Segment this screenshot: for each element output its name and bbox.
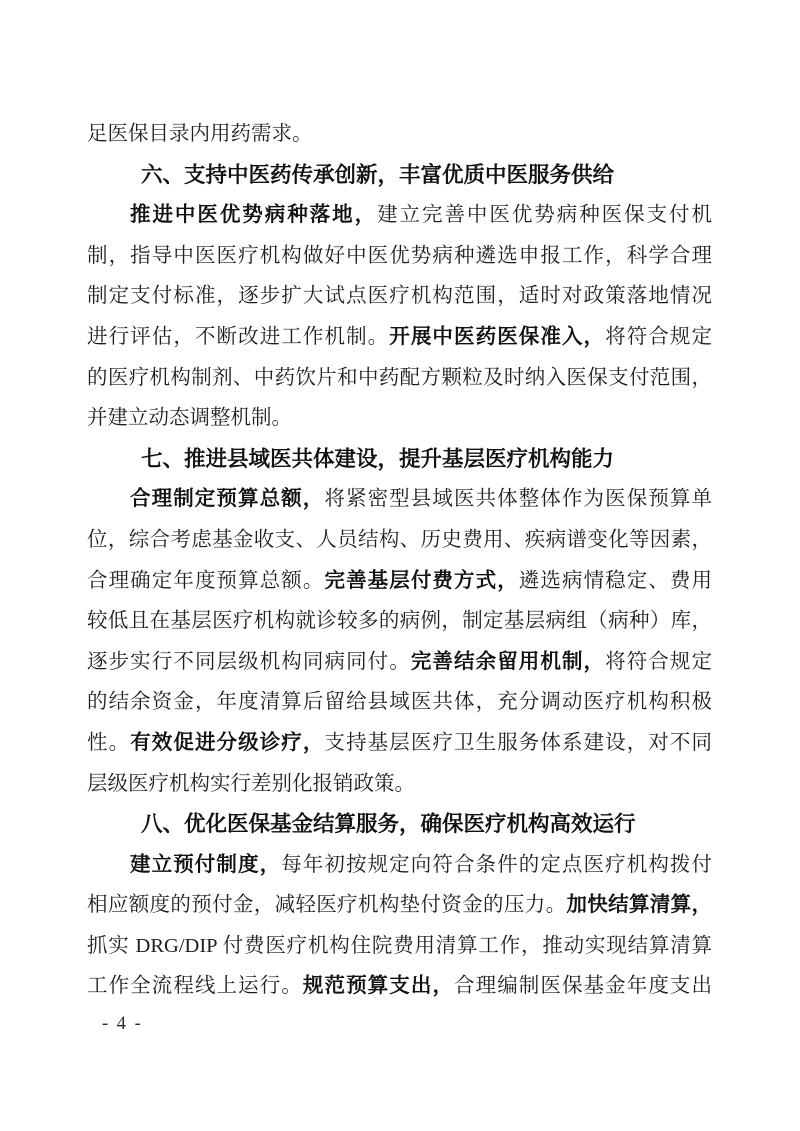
text-segment: 进行评估，不断改进工作机制。 [87,326,389,348]
text-segment: 将符合规定 [605,651,712,673]
text-line: 逐步实行不同层级机构同病同付。完善结余留用机制，将符合规定 [87,642,712,683]
text-segment: 遴选病情稳定、费用 [519,570,712,592]
text-line: 的医疗机构制剂、中药饮片和中药配方颗粒及时纳入医保支付范围， [87,358,712,399]
bold-text-segment: 推进中医优势病种落地， [130,203,377,226]
text-line: 抓实 DRG/DIP 付费医疗机构住院费用清算工作，推动实现结算清算 [87,926,712,967]
text-segment: 将符合规定 [605,326,712,348]
heading-line: 六、支持中医药传承创新，丰富优质中医服务供给 [87,155,712,196]
bold-text-segment: 八、优化医保基金结算服务，确保医疗机构高效运行 [141,812,636,836]
bold-text-segment: 建立预付制度， [130,853,281,876]
text-segment: 制定支付标准，逐步扩大试点医疗机构范围，适时对政策落地情况 [87,285,712,307]
text-segment: 较低且在基层医疗机构就诊较多的病例，制定基层病组（病种）库， [87,610,712,632]
text-line: 足医保目录内用药需求。 [87,114,712,155]
text-line: 层级医疗机构实行差别化报销政策。 [87,764,712,805]
text-segment: 的结余资金，年度清算后留给县域医共体，充分调动医疗机构积极 [87,691,712,713]
document-page: 足医保目录内用药需求。六、支持中医药传承创新，丰富优质中医服务供给推进中医优势病… [0,0,800,1131]
text-line: 性。有效促进分级诊疗，支持基层医疗卫生服务体系建设，对不同 [87,723,712,764]
bold-text-segment: 六、支持中医药传承创新，丰富优质中医服务供给 [141,163,614,187]
text-line: 合理制定预算总额，将紧密型县域医共体整体作为医保预算单 [87,479,712,520]
text-segment: 合理编制医保基金年度支出 [454,975,712,997]
bold-text-segment: 七、推进县域医共体建设，提升基层医疗机构能力 [141,447,614,471]
bold-text-segment: 合理制定预算总额， [130,487,324,510]
heading-line: 七、推进县域医共体建设，提升基层医疗机构能力 [87,439,712,480]
bold-text-segment: 完善结余留用机制， [411,650,605,673]
text-segment: 合理确定年度预算总额。 [87,570,324,592]
text-line: 合理确定年度预算总额。完善基层付费方式，遴选病情稳定、费用 [87,561,712,602]
document-content: 足医保目录内用药需求。六、支持中医药传承创新，丰富优质中医服务供给推进中医优势病… [87,114,712,1007]
heading-line: 八、优化医保基金结算服务，确保医疗机构高效运行 [87,804,712,845]
bold-text-segment: 完善基层付费方式， [324,569,518,592]
text-segment: 建立完善中医优势病种医保支付机 [377,204,712,226]
bold-text-segment: 有效促进分级诊疗， [130,731,324,754]
text-line: 建立预付制度，每年初按规定向符合条件的定点医疗机构拨付 [87,845,712,886]
text-line: 制定支付标准，逐步扩大试点医疗机构范围，适时对政策落地情况 [87,276,712,317]
text-segment: 的医疗机构制剂、中药饮片和中药配方颗粒及时纳入医保支付范围， [87,367,712,389]
text-line: 工作全流程线上运行。规范预算支出，合理编制医保基金年度支出 [87,966,712,1007]
text-segment: 层级医疗机构实行差别化报销政策。 [87,773,415,795]
text-line: 进行评估，不断改进工作机制。开展中医药医保准入，将符合规定 [87,317,712,358]
text-line: 制，指导中医医疗机构做好中医优势病种遴选申报工作，科学合理 [87,236,712,277]
bold-text-segment: 规范预算支出， [303,974,454,997]
text-line: 并建立动态调整机制。 [87,398,712,439]
text-segment: 每年初按规定向符合条件的定点医疗机构拨付 [281,854,712,876]
text-segment: 将紧密型县域医共体整体作为医保预算单 [324,488,712,510]
text-segment: 位，综合考虑基金收支、人员结构、历史费用、疾病谱变化等因素， [87,529,712,551]
bold-text-segment: 加快结算清算， [566,893,712,916]
text-line: 相应额度的预付金，减轻医疗机构垫付资金的压力。加快结算清算， [87,885,712,926]
text-segment: 工作全流程线上运行。 [87,975,303,997]
bold-text-segment: 开展中医药医保准入， [389,325,605,348]
text-line: 的结余资金，年度清算后留给县域医共体，充分调动医疗机构积极 [87,682,712,723]
text-line: 较低且在基层医疗机构就诊较多的病例，制定基层病组（病种）库， [87,601,712,642]
text-segment: 并建立动态调整机制。 [87,407,292,429]
page-number: - 4 - [102,1014,143,1035]
text-line: 位，综合考虑基金收支、人员结构、历史费用、疾病谱变化等因素， [87,520,712,561]
text-segment: 抓实 DRG/DIP 付费医疗机构住院费用清算工作，推动实现结算清算 [87,935,712,957]
text-segment: 性。 [87,732,130,754]
text-segment: 制，指导中医医疗机构做好中医优势病种遴选申报工作，科学合理 [87,245,712,267]
text-segment: 足医保目录内用药需求。 [87,123,313,145]
text-segment: 逐步实行不同层级机构同病同付。 [87,651,411,673]
text-segment: 支持基层医疗卫生服务体系建设，对不同 [325,732,713,754]
text-line: 推进中医优势病种落地，建立完善中医优势病种医保支付机 [87,195,712,236]
text-segment: 相应额度的预付金，减轻医疗机构垫付资金的压力。 [87,894,566,916]
